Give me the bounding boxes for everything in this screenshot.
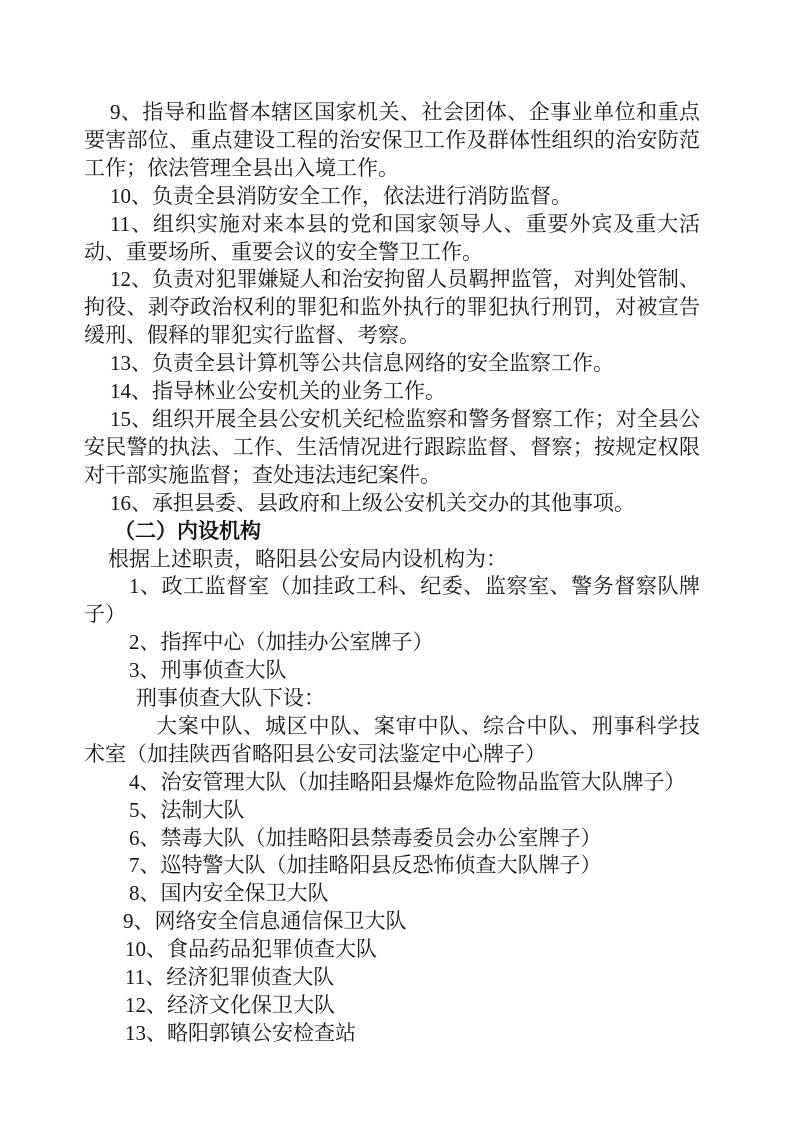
duty-paragraph-10: 10、负责全县消防安全工作，依法进行消防监督。 [84,183,700,211]
duty-paragraph-9: 9、指导和监督本辖区国家机关、社会团体、企事业单位和重点要害部位、重点建设工程的… [84,99,700,183]
criminal-division-sub-note: 刑事侦查大队下设： [84,685,700,713]
org-item-10: 10、食品药品犯罪侦查大队 [84,936,700,964]
org-item-11: 11、经济犯罪侦查大队 [84,964,700,992]
org-item-12: 12、经济文化保卫大队 [84,992,700,1020]
duty-paragraph-12: 12、负责对犯罪嫌疑人和治安拘留人员羁押监管，对判处管制、拘役、剥夺政治权利的罪… [84,266,700,350]
org-item-3: 3、刑事侦查大队 [84,657,700,685]
org-item-9: 9、网络安全信息通信保卫大队 [84,908,700,936]
duty-paragraph-16: 16、承担县委、县政府和上级公安机关交办的其他事项。 [84,490,700,518]
duty-paragraph-13: 13、负责全县计算机等公共信息网络的安全监察工作。 [84,350,700,378]
duty-paragraph-11: 11、组织实施对来本县的党和国家领导人、重要外宾及重大活动、重要场所、重要会议的… [84,211,700,267]
org-item-6: 6、禁毒大队（加挂略阳县禁毒委员会办公室牌子） [84,825,700,853]
section-intro: 根据上述职责，略阳县公安局内设机构为： [84,546,700,574]
org-item-2: 2、指挥中心（加挂办公室牌子） [84,629,700,657]
org-item-5: 5、法制大队 [84,797,700,825]
org-item-1: 1、政工监督室（加挂政工科、纪委、监察室、警务督察队牌子） [84,573,700,629]
section-heading-internal-organs: （二）内设机构 [84,518,700,546]
org-item-13: 13、略阳郭镇公安检查站 [84,1020,700,1048]
duty-paragraph-14: 14、指导林业公安机关的业务工作。 [84,378,700,406]
document-page: 9、指导和监督本辖区国家机关、社会团体、企事业单位和重点要害部位、重点建设工程的… [0,0,793,1122]
criminal-division-sub-detail: 大案中队、城区中队、案审中队、综合中队、刑事科学技术室（加挂陕西省略阳县公安司法… [84,713,700,769]
org-item-7: 7、巡特警大队（加挂略阳县反恐怖侦查大队牌子） [84,852,700,880]
org-item-8: 8、国内安全保卫大队 [84,880,700,908]
document-body: 9、指导和监督本辖区国家机关、社会团体、企事业单位和重点要害部位、重点建设工程的… [84,99,700,1048]
org-item-4: 4、治安管理大队（加挂略阳县爆炸危险物品监管大队牌子） [84,769,700,797]
duty-paragraph-15: 15、组织开展全县公安机关纪检监察和警务督察工作；对全县公安民警的执法、工作、生… [84,406,700,490]
